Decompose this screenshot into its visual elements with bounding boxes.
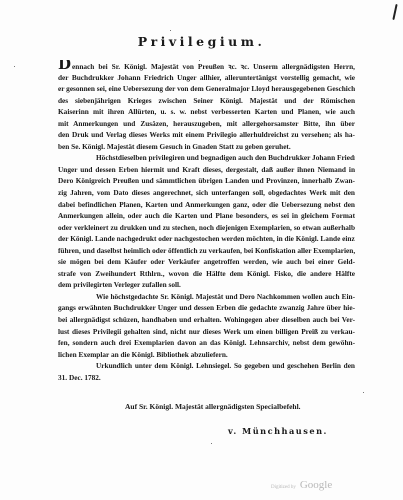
text-line: lust dieses Privilegii gehalten sind, ni… — [58, 326, 355, 338]
text-line: der Königl. Lande nachgedrukt oder nachg… — [58, 233, 355, 245]
drop-cap: D — [58, 60, 71, 72]
text-line: Kaiserinn mit ihren Allürten, u. s. w. n… — [58, 106, 355, 118]
text-line: Höchstdieselben privilegiren und begnadi… — [58, 152, 355, 164]
date-line: 31. Dec. 1782. — [58, 372, 355, 384]
text-line: Urkundlich unter dem Königl. Lehnsiegel.… — [58, 360, 355, 372]
text-line: gangs erwähnten Buchdrukker Unger und de… — [58, 302, 355, 314]
google-logo: Google — [300, 479, 332, 491]
text-line: bei allergnädigst schüzen, handhaben und… — [58, 314, 355, 326]
speck — [363, 392, 364, 393]
text-line: Dero Königreich Preußen und sämmtlichen … — [58, 175, 355, 187]
ink-mark — [392, 4, 397, 20]
speck — [170, 30, 171, 31]
text-line: den Druk und Verlag dieses Werks mit ein… — [58, 129, 355, 141]
text-line: Dennach bei Sr. Königl. Majestät von Pre… — [58, 60, 355, 72]
text-line: fen, sondern auch drei Exemplarien davon… — [58, 337, 355, 349]
speck — [211, 443, 212, 444]
text-line: Unger und dessen Erben hiermit und Kraft… — [58, 164, 355, 176]
text-line: des siebenjährigen Krieges zwischen Sein… — [58, 95, 355, 107]
text-line: führen, und daselbst heimlich oder öffen… — [58, 245, 355, 257]
text-line: mit Anmerkungen und Zusäzen, herauszugeb… — [58, 118, 355, 130]
text-line: er gesonnen sei, eine Uebersezung der vo… — [58, 83, 355, 95]
digitized-watermark: Digitized by Google — [271, 475, 332, 493]
text-line: ben Se. Königl. Majestät diesem Gesuch i… — [58, 141, 355, 153]
text-line: oder verkleinert zu drukken und zu stech… — [58, 222, 355, 234]
text-line: strafe von Zweihundert Rthlrn., wovon di… — [58, 268, 355, 280]
text-line: zig Jahren, vom Dato dieses angerechnet,… — [58, 187, 355, 199]
text-line: sie mögen bei dem Käufer oder Verkäufer … — [58, 256, 355, 268]
signature: v. Münchhausen. — [228, 426, 328, 436]
text-line: lichen Exemplar an die Königl. Bibliothe… — [58, 349, 355, 361]
page-title: Privilegium. — [0, 34, 403, 49]
scanned-page: Privilegium. Dennach bei Sr. Königl. Maj… — [0, 0, 403, 500]
text-line: der Buchdrukker Johann Friedrich Unger a… — [58, 72, 355, 84]
text-line: Anmerkungen allein, oder auch die Karten… — [58, 210, 355, 222]
watermark-prefix: Digitized by — [271, 485, 296, 490]
closing-line: Auf Sr. Königl. Majestät allergnädigsten… — [125, 402, 301, 411]
text-line: dabei befindlichen Planen, Karten und An… — [58, 199, 355, 211]
document-body: Dennach bei Sr. Königl. Majestät von Pre… — [58, 60, 355, 383]
text-line: Wie höchstgedachte Sr. Königl. Majestät … — [58, 291, 355, 303]
text-line: dem privilegirten Verleger zufallen soll… — [58, 279, 355, 291]
speck — [14, 66, 15, 67]
